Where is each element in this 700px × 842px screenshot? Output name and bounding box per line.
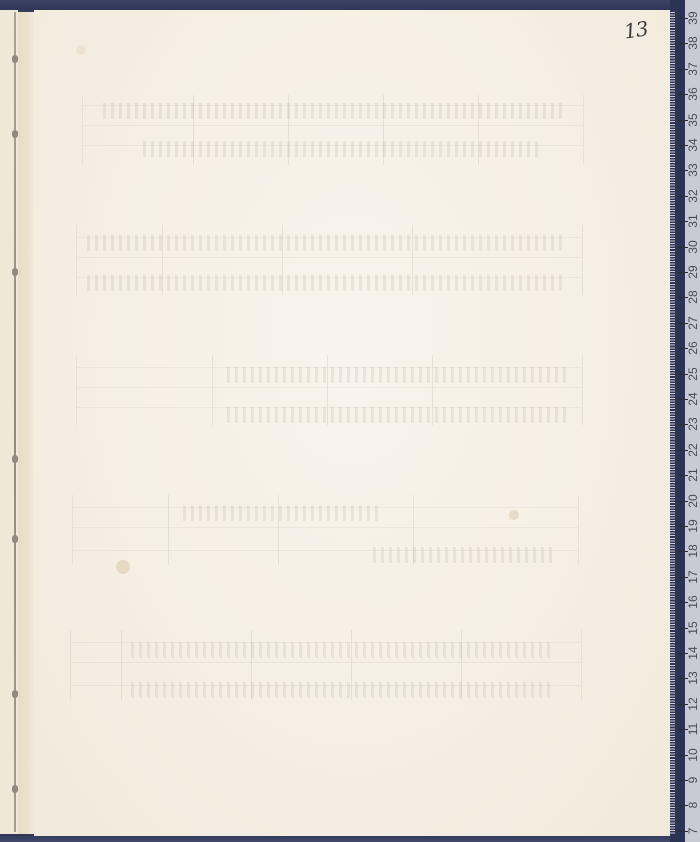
ruler-label: 8 (686, 796, 700, 814)
ruler-label: 27 (686, 314, 700, 332)
ruler-label: 22 (686, 441, 700, 459)
scan-background: 13 3938373635343332313029282726252423222… (0, 0, 700, 842)
ruler-major-tick (678, 399, 688, 400)
ruler-label: 31 (686, 212, 700, 230)
showthrough-music-system (82, 95, 584, 165)
foxing-spot (76, 45, 86, 55)
ruler-label: 11 (686, 720, 700, 738)
ruler-ticks (670, 12, 685, 834)
ruler-major-tick (678, 704, 688, 705)
ruler-major-tick (678, 43, 688, 44)
ruler-label: 15 (686, 619, 700, 637)
ruler-major-tick (678, 348, 688, 349)
ruler-major-tick (678, 18, 688, 19)
ruler-major-tick (678, 120, 688, 121)
measuring-ruler: 3938373635343332313029282726252423222120… (670, 0, 700, 842)
ruler-major-tick (678, 526, 688, 527)
ruler-label: 33 (686, 161, 700, 179)
ruler-label: 32 (686, 187, 700, 205)
ruler-major-tick (678, 653, 688, 654)
ruler-major-tick (678, 602, 688, 603)
ruler-label: 39 (686, 9, 700, 27)
ruler-major-tick (678, 678, 688, 679)
ruler-label: 10 (686, 746, 700, 764)
ruler-major-tick (678, 272, 688, 273)
ruler-label: 17 (686, 568, 700, 586)
ruler-major-tick (678, 729, 688, 730)
book-cover-top-edge (0, 0, 690, 10)
ruler-label: 21 (686, 466, 700, 484)
ruler-major-tick (678, 450, 688, 451)
handwritten-page-number: 13 (622, 16, 649, 43)
ruler-major-tick (678, 196, 688, 197)
ruler-label: 9 (686, 771, 700, 789)
ruler-label: 34 (686, 136, 700, 154)
ruler-major-tick (678, 69, 688, 70)
ruler-label: 30 (686, 238, 700, 256)
ruler-major-tick (678, 297, 688, 298)
ruler-label: 19 (686, 517, 700, 535)
ruler-label: 16 (686, 593, 700, 611)
ruler-major-tick (678, 424, 688, 425)
ruler-major-tick (678, 805, 688, 806)
ruler-label: 23 (686, 415, 700, 433)
ruler-major-tick (678, 323, 688, 324)
ruler-label: 36 (686, 85, 700, 103)
foxing-spot (116, 560, 130, 574)
ruler-major-tick (678, 551, 688, 552)
ruler-major-tick (678, 247, 688, 248)
showthrough-music-system (70, 630, 582, 700)
ruler-major-tick (678, 170, 688, 171)
ruler-major-tick (678, 501, 688, 502)
ruler-major-tick (678, 475, 688, 476)
ruler-major-tick (678, 374, 688, 375)
ruler-major-tick (678, 145, 688, 146)
ruler-major-tick (678, 628, 688, 629)
ruler-label: 14 (686, 644, 700, 662)
book-page (34, 10, 672, 836)
showthrough-music-system (72, 495, 579, 565)
foxing-spot (509, 510, 519, 520)
ruler-label: 26 (686, 339, 700, 357)
ruler-major-tick (678, 221, 688, 222)
ruler-label: 35 (686, 111, 700, 129)
ruler-label: 37 (686, 60, 700, 78)
showthrough-music-system (76, 225, 583, 295)
ruler-label: 18 (686, 542, 700, 560)
ruler-label: 13 (686, 669, 700, 687)
ruler-major-tick (678, 94, 688, 95)
ruler-major-tick (678, 577, 688, 578)
ruler-label: 38 (686, 34, 700, 52)
ruler-label: 7 (686, 822, 700, 840)
ruler-major-tick (678, 831, 688, 832)
ruler-label: 24 (686, 390, 700, 408)
ruler-label: 28 (686, 288, 700, 306)
showthrough-music-system (76, 355, 583, 425)
ruler-label: 12 (686, 695, 700, 713)
ruler-label: 29 (686, 263, 700, 281)
ruler-major-tick (678, 755, 688, 756)
ruler-major-tick (678, 780, 688, 781)
ruler-label: 25 (686, 365, 700, 383)
ruler-label: 20 (686, 492, 700, 510)
